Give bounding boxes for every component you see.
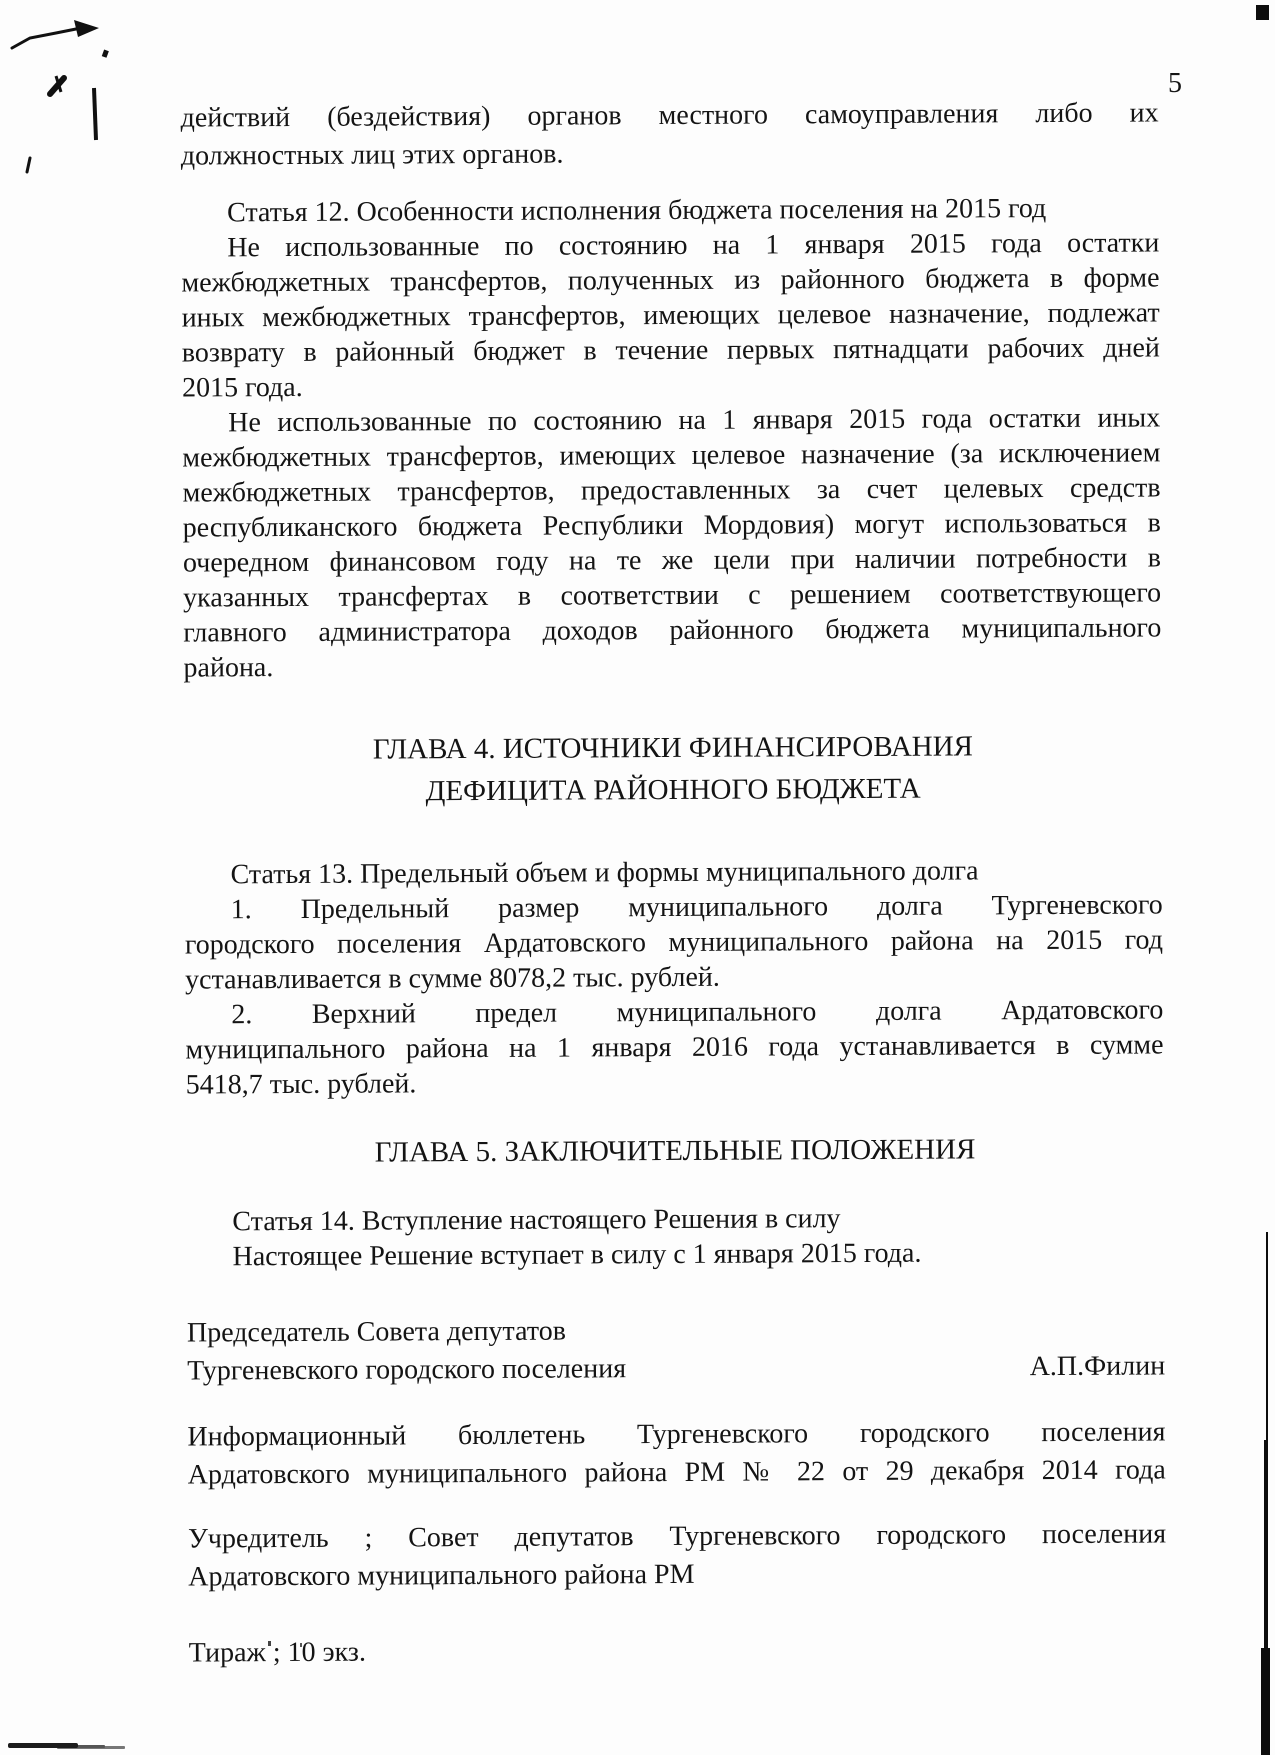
handwritten-scribble (4, 2, 124, 182)
scan-artifact-smudge (8, 1743, 78, 1748)
chapter-4-heading-line1: ГЛАВА 4. ИСТОЧНИКИ ФИНАНСИРОВАНИЯ (184, 724, 1162, 771)
paragraph-line: Не использованные по состоянию на 1 янва… (181, 225, 1159, 265)
article-13-heading: Статья 13. Предельный объем и формы муни… (184, 852, 1162, 892)
paragraph-line: республиканского бюджета Республики Морд… (183, 505, 1161, 545)
paragraph-line: 1. Предельный размер муниципального долг… (185, 887, 1163, 927)
scanned-document-page: 5 действий (бездействия) органов местног… (0, 0, 1275, 1755)
paragraph-line: 5418,7 тыс. рублей. (186, 1062, 1164, 1102)
paragraph-line: Ардатовского муниципального района РМ № … (188, 1451, 1166, 1494)
paragraph-line: действий (бездействия) органов местного … (181, 94, 1159, 137)
scan-artifact-ink-dot (1256, 5, 1269, 20)
page-number: 5 (1168, 68, 1182, 100)
paragraph-line: района. (183, 645, 1161, 685)
paragraph-line: 2. Верхний предел муниципального долга А… (185, 992, 1163, 1032)
article-12-section: Статья 12. Особенности исполнения бюджет… (181, 190, 1162, 685)
scan-artifact-edge-line (1261, 1648, 1270, 1755)
chapter-4-heading: ГЛАВА 4. ИСТОЧНИКИ ФИНАНСИРОВАНИЯ ДЕФИЦИ… (184, 724, 1162, 813)
print-run: Тираж ; 10 экз. (189, 1629, 1167, 1672)
bulletin-info: Информационный бюллетень Тургеневского г… (187, 1413, 1165, 1494)
founder-info: Учредитель ; Совет депутатов Тургеневско… (188, 1515, 1166, 1596)
paragraph-line: муниципального района на 1 января 2016 г… (185, 1027, 1163, 1067)
document-content: действий (бездействия) органов местного … (180, 0, 1167, 1673)
paragraph-line: Учредитель ; Совет депутатов Тургеневско… (188, 1515, 1166, 1558)
signature-role-line1: Председатель Совета депутатов (187, 1312, 626, 1352)
article-14-heading: Статья 14. Вступление настоящего Решения… (186, 1199, 1164, 1239)
paragraph-line: главного администратора доходов районног… (183, 610, 1161, 650)
paragraph-line: городского поселения Ардатовского муници… (185, 922, 1163, 962)
article-12-heading: Статья 12. Особенности исполнения бюджет… (181, 190, 1159, 230)
chapter-4-heading-line2: ДЕФИЦИТА РАЙОННОГО БЮДЖЕТА (184, 766, 1162, 813)
signature-role-line2: Тургеневского городского поселения (187, 1350, 626, 1390)
scan-artifact-edge-line (1264, 1440, 1268, 1650)
paragraph-line: устанавливается в сумме 8078,2 тыс. рубл… (185, 957, 1163, 997)
paragraph-line: возврату в районный бюджет в течение пер… (182, 330, 1160, 370)
paragraph-line: очередном финансовом году на те же цели … (183, 540, 1161, 580)
paragraph-line: межбюджетных трансфертов, полученных из … (181, 260, 1159, 300)
signature-role: Председатель Совета депутатов Тургеневск… (187, 1312, 626, 1390)
article-13-section: Статья 13. Предельный объем и формы муни… (184, 852, 1163, 1102)
paragraph-line: Не использованные по состоянию на 1 янва… (182, 400, 1160, 440)
article-14-section: Статья 14. Вступление настоящего Решения… (186, 1199, 1164, 1274)
paragraph-line: межбюджетных трансфертов, предоставленны… (182, 470, 1160, 510)
scan-artifact-edge-line (1266, 1232, 1268, 1442)
paragraph-line: Настоящее Решение вступает в силу с 1 ян… (186, 1234, 1164, 1274)
paragraph-line: межбюджетных трансфертов, имеющих целево… (182, 435, 1160, 475)
scan-artifact-speck (300, 1643, 302, 1647)
paragraph-line: должностных лиц этих органов. (181, 132, 1159, 175)
intro-paragraph: действий (бездействия) органов местного … (181, 94, 1159, 175)
paragraph-line: указанных трансфертах в соответствии с р… (183, 575, 1161, 615)
scan-artifact-speck (268, 1641, 271, 1646)
paragraph-line: Информационный бюллетень Тургеневского г… (187, 1413, 1165, 1456)
chapter-5-heading: ГЛАВА 5. ЗАКЛЮЧИТЕЛЬНЫЕ ПОЛОЖЕНИЯ (186, 1127, 1164, 1174)
paragraph-line: иных межбюджетных трансфертов, имеющих ц… (182, 295, 1160, 335)
paragraph-line: 2015 года. (182, 365, 1160, 405)
print-run-line: Тираж ; 10 экз. (189, 1629, 1167, 1672)
paragraph-line: Ардатовского муниципального района РМ (188, 1553, 1166, 1596)
signature-block: Председатель Совета депутатов Тургеневск… (187, 1309, 1165, 1390)
signature-name: А.П.Филин (1030, 1347, 1166, 1386)
